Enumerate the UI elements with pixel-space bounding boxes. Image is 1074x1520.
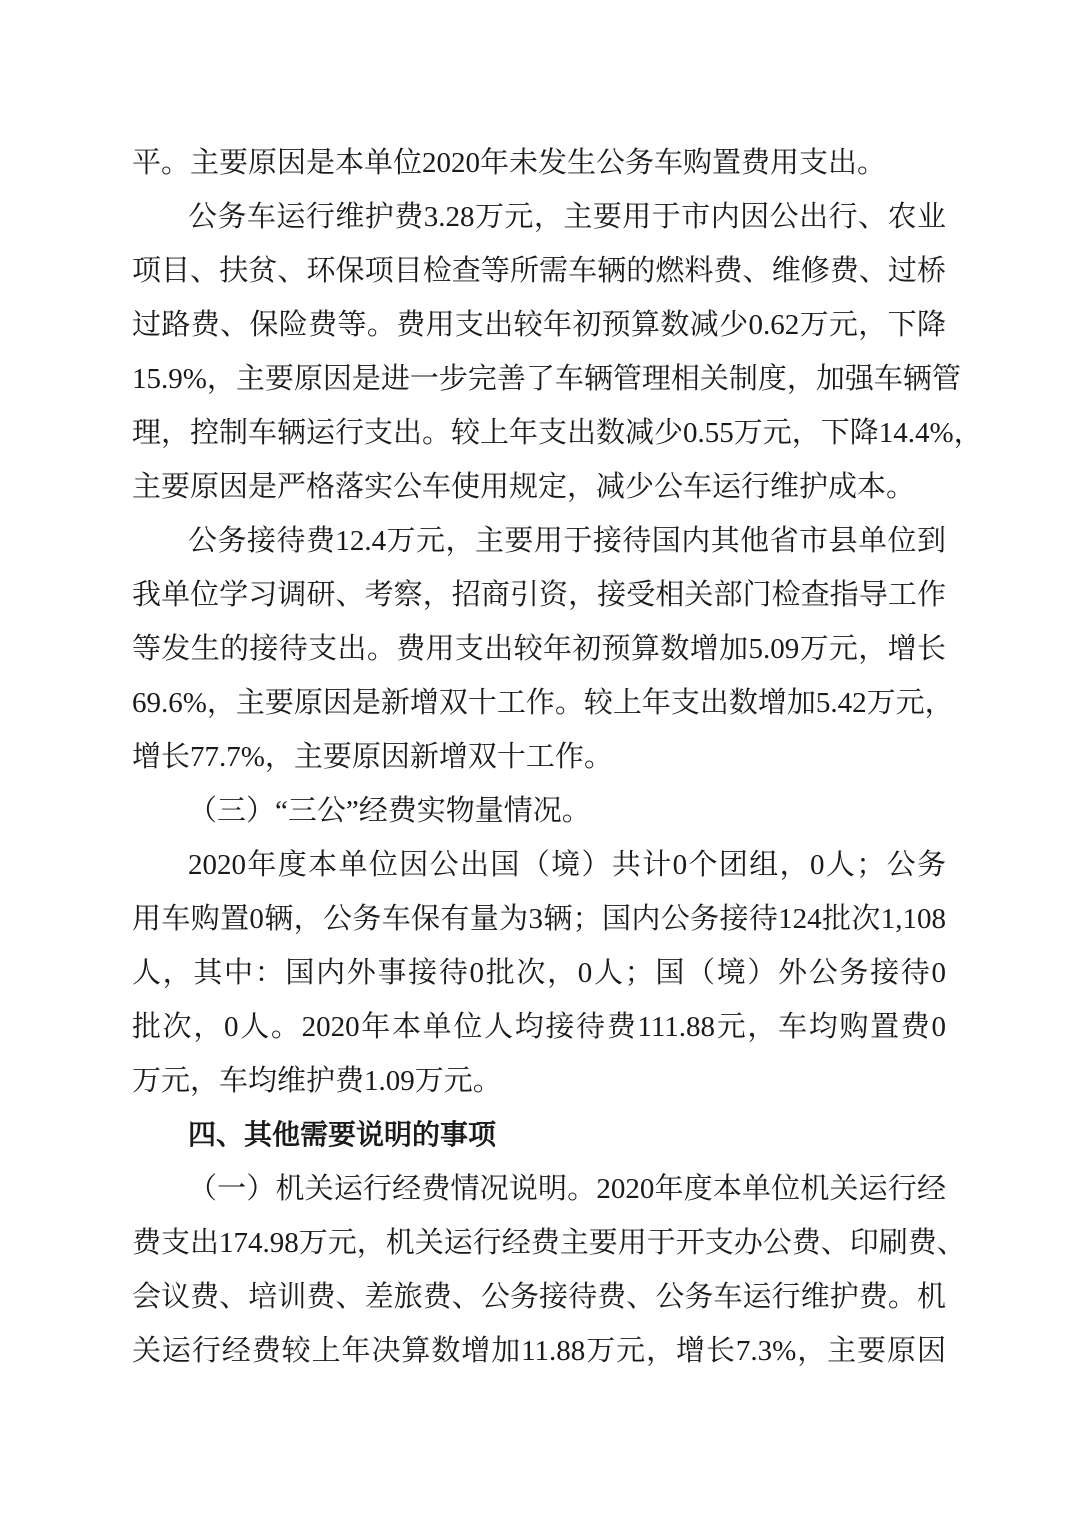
text-line: 用车购置0辆，公务车保有量为3辆；国内公务接待124批次1,108 [132,892,946,946]
text-line: 理，控制车辆运行支出。较上年支出数减少0.55万元，下降14.4%， [132,406,946,460]
text-line: 2020年度本单位因公出国（境）共计0个团组，0人；公务 [188,838,946,892]
text-line: 会议费、培训费、差旅费、公务接待费、公务车运行维护费。机 [132,1270,946,1324]
text-line: 公务接待费12.4万元，主要用于接待国内其他省市县单位到 [188,514,946,568]
text-line: 公务车运行维护费3.28万元，主要用于市内因公出行、农业 [188,190,946,244]
text-line: 项目、扶贫、环保项目检查等所需车辆的燃料费、维修费、过桥 [132,244,946,298]
text-line: （一）机关运行经费情况说明。2020年度本单位机关运行经 [188,1162,946,1216]
text-line: 费支出174.98万元，机关运行经费主要用于开支办公费、印刷费、 [132,1216,946,1270]
text-line: 批次，0人。2020年本单位人均接待费111.88元，车均购置费0 [132,1000,946,1054]
document-page: 平。主要原因是本单位2020年未发生公务车购置费用支出。 公务车运行维护费3.2… [0,0,1074,1520]
text-line: 等发生的接待支出。费用支出较年初预算数增加5.09万元，增长 [132,622,946,676]
text-line: 过路费、保险费等。费用支出较年初预算数减少0.62万元，下降 [132,298,946,352]
text-line: 万元，车均维护费1.09万元。 [132,1054,946,1108]
text-line: 15.9%，主要原因是进一步完善了车辆管理相关制度，加强车辆管 [132,352,946,406]
section-heading: 四、其他需要说明的事项 [188,1108,946,1162]
text-line: 69.6%，主要原因是新增双十工作。较上年支出数增加5.42万元， [132,676,946,730]
text-line: 我单位学习调研、考察，招商引资，接受相关部门检查指导工作 [132,568,946,622]
text-line: 人，其中：国内外事接待0批次，0人；国（境）外公务接待0 [132,946,946,1000]
text-line: 主要原因是严格落实公车使用规定，减少公车运行维护成本。 [132,460,946,514]
text-line: 平。主要原因是本单位2020年未发生公务车购置费用支出。 [132,136,946,190]
text-line: 关运行经费较上年决算数增加11.88万元，增长7.3%，主要原因 [132,1324,946,1378]
text-line: 增长77.7%，主要原因新增双十工作。 [132,730,946,784]
subsection-heading: （三）“三公”经费实物量情况。 [188,784,946,838]
